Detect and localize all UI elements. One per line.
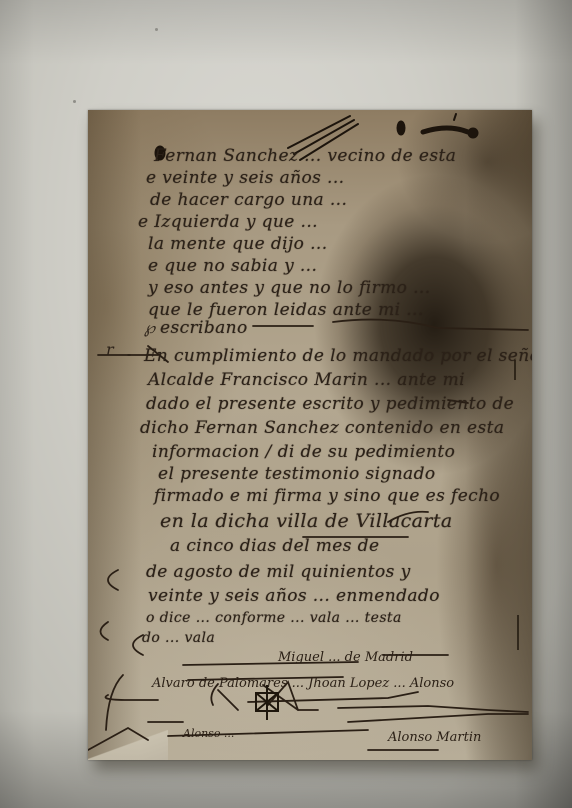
manuscript-line: do ... vala [142,630,215,646]
manuscript-line: dado el presente escrito y pedimiento de [146,394,514,414]
manuscript-line: y eso antes y que no lo firmo ... [148,278,431,298]
manuscript-line: o dice ... conforme ... vala ... testa [146,610,402,626]
manuscript-line: que le fueron leidas ante mi ... [148,300,424,320]
manuscript-line: dicho Fernan Sanchez contenido en esta [140,418,504,438]
manuscript-line: de hacer cargo una ... [150,190,347,210]
manuscript-line: e Izquierda y que ... [138,212,318,232]
bottom-left-signature: Alonso ... [183,727,234,740]
manuscript-line: e que no sabia y ... [148,256,317,276]
manuscript-line: veinte y seis años ... enmendado [148,586,440,606]
manuscript-line: informacion / di de su pedimiento [152,442,455,462]
entry-mark: r [106,340,114,359]
manuscript-line: de agosto de mil quinientos y [146,562,411,582]
manuscript-line: en la dicha villa de Villacarta [160,510,453,532]
manuscript-sheet: Fernan Sanchez ... vecino de esta e vein… [88,110,532,760]
manuscript-line: el presente testimonio signado [158,464,436,484]
bottom-right-signature: Alonso Martin [388,730,481,745]
manuscript-line: escribano [160,318,248,338]
dust-speck [155,28,158,31]
notary-signature: Alvaro de Palomares ... Jhoan Lopez ... … [152,676,454,691]
manuscript-line: la mente que dijo ... [148,234,328,254]
manuscript-line: Alcalde Francisco Marin ... ante mi [148,370,465,390]
manuscript-line: a cinco dias del mes de [170,536,379,556]
paragraph-mark: ℘ [144,318,155,337]
witness-signature: Miguel ... de Madrid [278,650,413,665]
manuscript-line: firmado e mi firma y sino que es fecho [154,486,500,506]
manuscript-line: Fernan Sanchez ... vecino de esta [154,146,456,166]
manuscript-line: e veinte y seis años ... [146,168,344,188]
dust-speck [73,100,76,103]
manuscript-line: En cumplimiento de lo mandado por el señ… [144,346,532,366]
